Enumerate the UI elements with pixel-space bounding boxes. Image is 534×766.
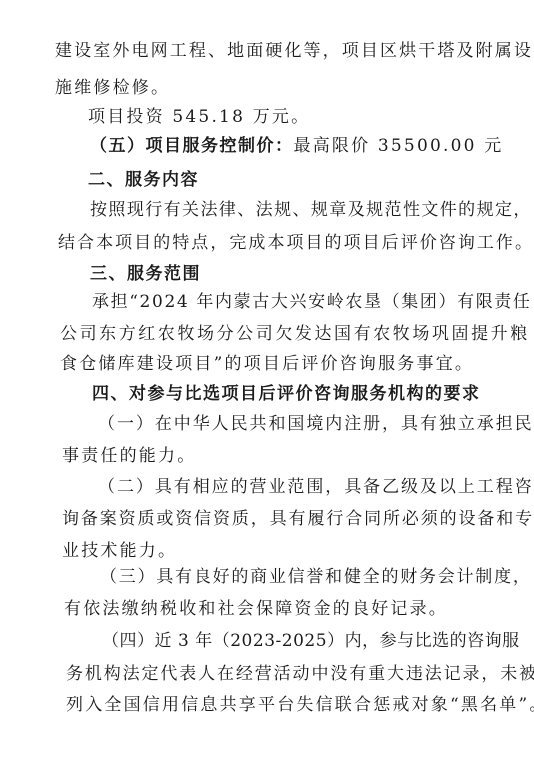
paragraph-line: 施维修检修。 xyxy=(55,78,170,98)
paragraph-line: 项目投资 545.18 万元。 xyxy=(88,107,310,127)
paragraph-line: 务机构法定代表人在经营活动中没有重大违法记录，未被 xyxy=(66,664,534,684)
paragraph-line: （五）项目服务控制价：最高限价 35500.00 元 xyxy=(90,136,503,156)
paragraph-line: （一）在中华人民共和国境内注册，具有独立承担民 xyxy=(98,414,534,434)
paragraph-line: 建设室外电网工程、地面硬化等，项目区烘干塔及附属设 xyxy=(55,41,533,61)
paragraph-line: 按照现行有关法律、法规、规章及规范性文件的规定， xyxy=(90,200,532,220)
paragraph-line: 列入全国信用信息共享平台失信联合惩戒对象“黑名单”。 xyxy=(66,695,534,715)
section-heading: 二、服务内容 xyxy=(88,170,199,190)
paragraph-line: 食仓储库建设项目”的项目后评价咨询服务事宜。 xyxy=(60,354,474,374)
subsection-value: 最高限价 35500.00 元 xyxy=(294,136,504,156)
paragraph-line: 有依法缴纳税收和社会保障资金的良好记录。 xyxy=(64,599,448,619)
paragraph-line: 询备案资质或资信资质，具有履行合同所必须的设备和专 xyxy=(62,509,534,529)
subsection-label: （五）项目服务控制价： xyxy=(90,136,294,156)
paragraph-line: 事责任的能力。 xyxy=(62,446,196,466)
paragraph-line: 公司东方红农牧场分公司欠发达国有农牧场巩固提升粮 xyxy=(60,324,530,344)
section-heading: 三、服务范围 xyxy=(90,264,201,284)
paragraph-line: 承担“2024 年内蒙古大兴安岭农垦（集团）有限责任 xyxy=(92,292,532,312)
paragraph-line: 结合本项目的特点，完成本项目的项目后评价咨询工作。 xyxy=(58,233,534,253)
paragraph-line: （四）近 3 年（2023-2025）内，参与比选的咨询服 xyxy=(102,631,520,651)
paragraph-line: （二）具有相应的营业范围，具备乙级及以上工程咨 xyxy=(98,477,534,497)
section-heading: 四、对参与比选项目后评价咨询服务机构的要求 xyxy=(92,384,481,404)
paragraph-line: （三）具有良好的商业信誉和健全的财务会计制度， xyxy=(100,567,532,587)
paragraph-line: 业技术能力。 xyxy=(62,541,177,561)
